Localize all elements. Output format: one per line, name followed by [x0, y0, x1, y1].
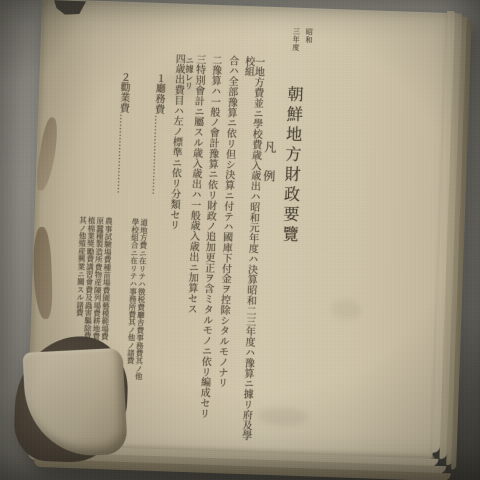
photo-background: 昭和 三年度 朝鮮地方財政要覽 凡例 一地方費並ニ學校費歳入歳出ハ昭和元年度ハ決…: [0, 0, 480, 480]
vertical-text-block: 昭和 三年度 朝鮮地方財政要覽 凡例 一地方費並ニ學校費歳入歳出ハ昭和元年度ハ決…: [45, 19, 308, 451]
bent-corner: [54, 0, 86, 15]
item-1-text: １廳務費: [152, 73, 164, 115]
book: 昭和 三年度 朝鮮地方財政要覽 凡例 一地方費並ニ學校費歳入歳出ハ昭和元年度ハ決…: [16, 0, 472, 480]
leader-dots: ……………………: [114, 113, 128, 193]
item-2-text: ２勸業費: [117, 72, 129, 114]
age-stain: [331, 299, 362, 320]
leader-dots: ……………………: [150, 114, 164, 194]
era-label: 昭和 三年度: [289, 27, 316, 52]
title-page: 昭和 三年度 朝鮮地方財政要覽 凡例 一地方費並ニ學校費歳入歳出ハ昭和元年度ハ決…: [27, 0, 448, 459]
